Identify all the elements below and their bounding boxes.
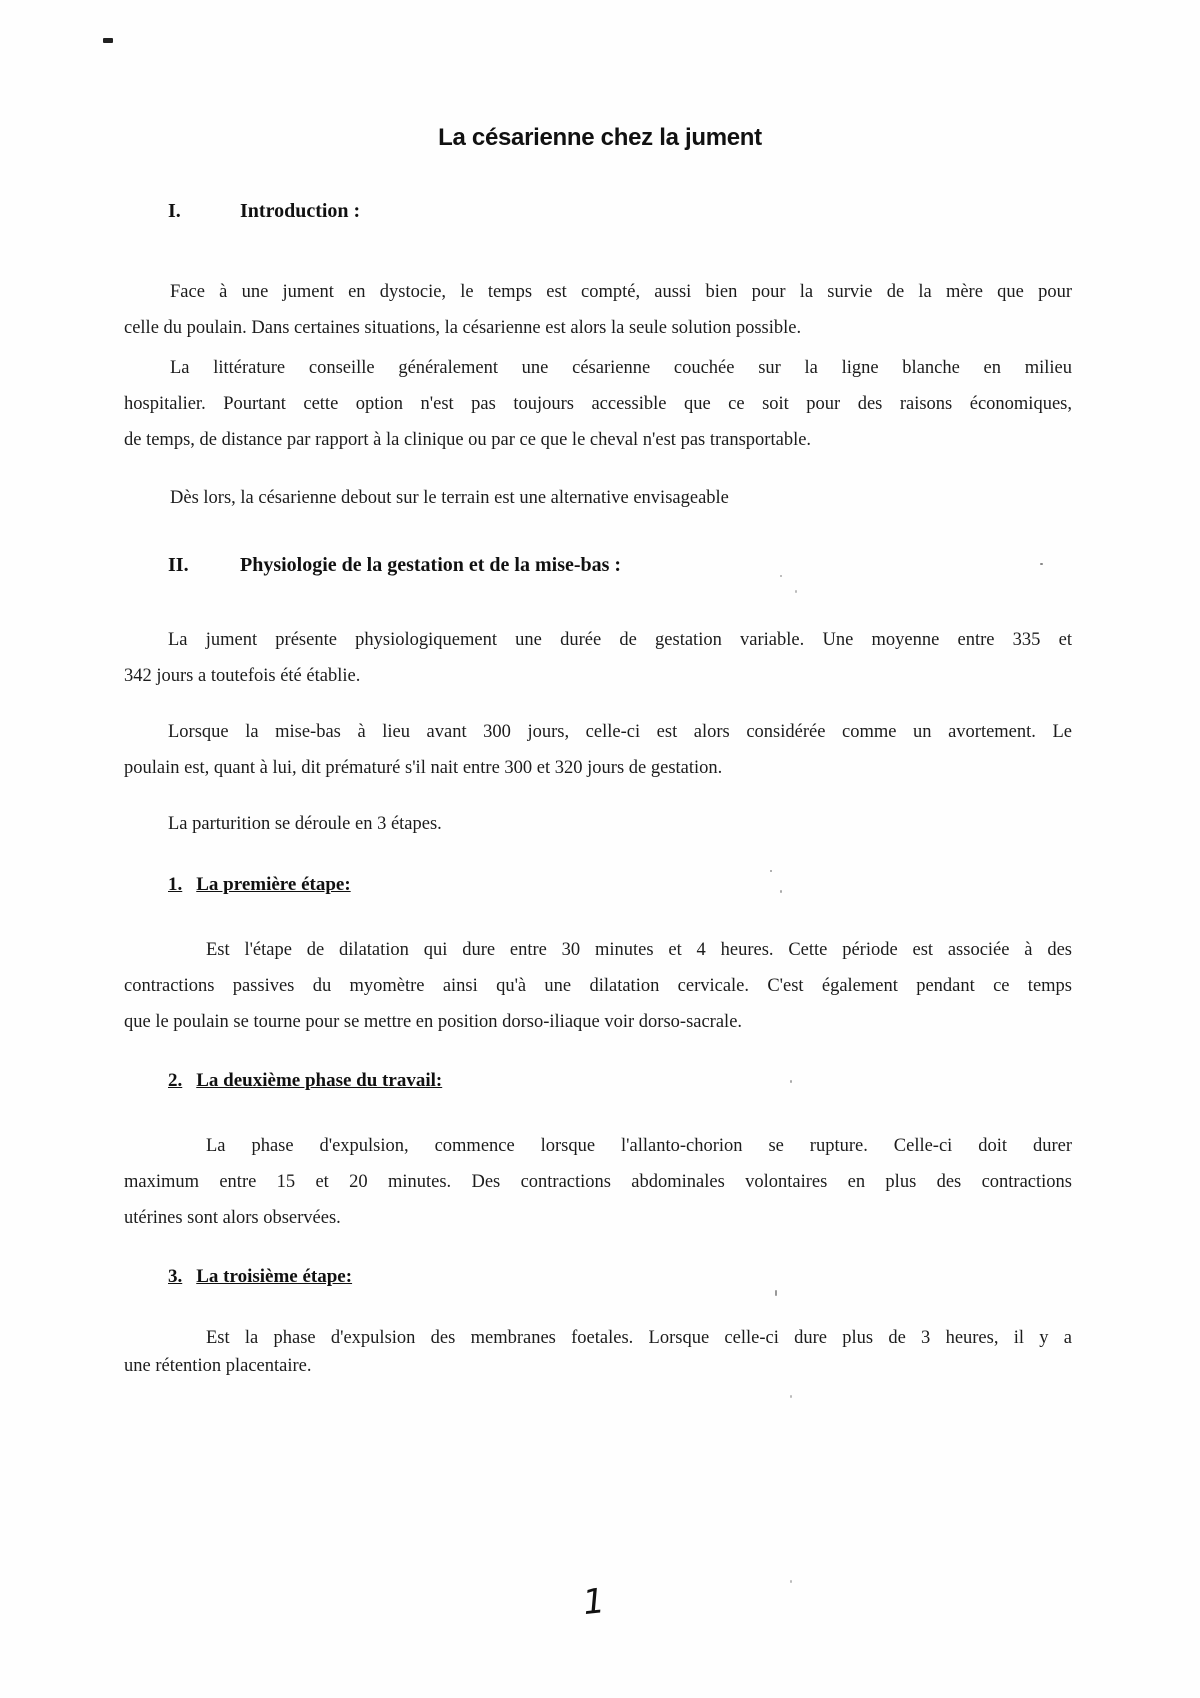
text-line: que le poulain se tourne pour se mettre … bbox=[124, 1004, 1072, 1040]
paragraph: La phase d'expulsion, commence lorsque l… bbox=[124, 1128, 1072, 1236]
text-line: hospitalier. Pourtant cette option n'est… bbox=[124, 386, 1072, 422]
text-line: poulain est, quant à lui, dit prématuré … bbox=[124, 750, 1072, 786]
paragraph: La littérature conseille généralement un… bbox=[124, 350, 1072, 458]
text-line: La phase d'expulsion, commence lorsque l… bbox=[124, 1128, 1072, 1164]
text-line: La parturition se déroule en 3 étapes. bbox=[124, 806, 1072, 842]
scan-speck bbox=[103, 38, 113, 43]
section-heading-physiologie: II.Physiologie de la gestation et de la … bbox=[168, 554, 621, 577]
subsection-number: 2. bbox=[168, 1070, 182, 1091]
page-number: 1 bbox=[581, 1581, 607, 1623]
subsection-heading-deuxieme-phase: 2.La deuxième phase du travail: bbox=[168, 1070, 442, 1092]
text-line: Est la phase d'expulsion des membranes f… bbox=[124, 1324, 1072, 1352]
subsection-heading-premiere-etape: 1.La première étape: bbox=[168, 874, 351, 896]
scan-speck bbox=[790, 1580, 792, 1583]
paragraph: Face à une jument en dystocie, le temps … bbox=[124, 274, 1072, 346]
document-title: La césarienne chez la jument bbox=[0, 124, 1200, 152]
section-heading-text: Physiologie de la gestation et de la mis… bbox=[240, 554, 621, 576]
scan-speck bbox=[1040, 563, 1043, 565]
scan-speck bbox=[790, 1080, 792, 1083]
text-line: La jument présente physiologiquement une… bbox=[124, 622, 1072, 658]
subsection-heading-troisieme-etape: 3.La troisième étape: bbox=[168, 1266, 352, 1288]
text-line: Face à une jument en dystocie, le temps … bbox=[124, 274, 1072, 310]
subsection-heading-text: La première étape: bbox=[196, 874, 350, 895]
text-line: de temps, de distance par rapport à la c… bbox=[124, 422, 1072, 458]
text-line: 342 jours a toutefois été établie. bbox=[124, 658, 1072, 694]
text-line: celle du poulain. Dans certaines situati… bbox=[124, 310, 1072, 346]
subsection-heading-text: La troisième étape: bbox=[196, 1266, 352, 1287]
scan-speck bbox=[790, 1395, 792, 1398]
text-line: Dès lors, la césarienne debout sur le te… bbox=[124, 480, 1072, 516]
scan-speck bbox=[795, 590, 797, 593]
paragraph: Lorsque la mise-bas à lieu avant 300 jou… bbox=[124, 714, 1072, 786]
paragraph: La parturition se déroule en 3 étapes. bbox=[124, 806, 1072, 842]
text-line: utérines sont alors observées. bbox=[124, 1200, 1072, 1236]
paragraph: Est l'étape de dilatation qui dure entre… bbox=[124, 932, 1072, 1040]
subsection-heading-text: La deuxième phase du travail: bbox=[196, 1070, 442, 1091]
paragraph: Est la phase d'expulsion des membranes f… bbox=[124, 1324, 1072, 1380]
section-number: II. bbox=[168, 554, 240, 577]
scan-speck bbox=[780, 890, 782, 893]
text-line: Est l'étape de dilatation qui dure entre… bbox=[124, 932, 1072, 968]
text-line: Lorsque la mise-bas à lieu avant 300 jou… bbox=[124, 714, 1072, 750]
paragraph: Dès lors, la césarienne debout sur le te… bbox=[124, 480, 1072, 516]
text-line: une rétention placentaire. bbox=[124, 1352, 1072, 1380]
text-line: contractions passives du myomètre ainsi … bbox=[124, 968, 1072, 1004]
scan-speck bbox=[775, 1290, 777, 1296]
section-number: I. bbox=[168, 200, 240, 223]
text-line: La littérature conseille généralement un… bbox=[124, 350, 1072, 386]
scan-speck bbox=[770, 870, 772, 872]
text-line: maximum entre 15 et 20 minutes. Des cont… bbox=[124, 1164, 1072, 1200]
subsection-number: 3. bbox=[168, 1266, 182, 1287]
scanned-page: La césarienne chez la jument I.Introduct… bbox=[0, 0, 1200, 1698]
section-heading-text: Introduction : bbox=[240, 200, 360, 222]
subsection-number: 1. bbox=[168, 874, 182, 895]
scan-speck bbox=[780, 575, 782, 577]
paragraph: La jument présente physiologiquement une… bbox=[124, 622, 1072, 694]
section-heading-introduction: I.Introduction : bbox=[168, 200, 360, 223]
